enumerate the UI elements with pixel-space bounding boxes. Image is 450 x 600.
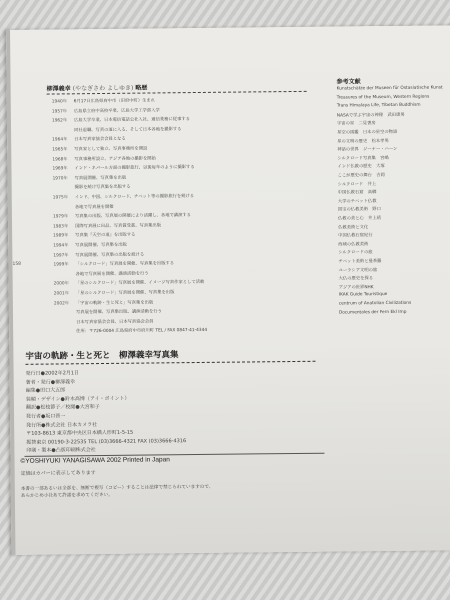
reference-item: 中国仏教石窟紀行: [338, 232, 372, 238]
biography-entry: 写真展を開催、写真集出版、講演活動を行う: [54, 310, 162, 316]
entry-text: 国際写真展に出品、写真賞受賞、写真集出版: [75, 223, 161, 229]
entry-text: 写真展開催、写真集を出版: [75, 243, 127, 249]
entry-text: 広島県立府中高校卒業、広島大学工学部入学: [74, 108, 160, 114]
reference-item: 仏教の美と心 井上靖: [338, 215, 381, 221]
reference-item: Kunstschätze der Museen für Ostasiatisch…: [337, 85, 443, 91]
biography-list: 1940年6月17日広島県府中市（旧府中町）生まれ1957年広島県立府中高校卒業…: [6, 25, 450, 30]
reference-item: 宇宙の星 二見書房: [337, 121, 376, 127]
entry-year: 1979年: [53, 214, 75, 219]
biography-entry: 2001年「星のシルクロード」写真展を開催、写真集を出版: [54, 290, 175, 296]
reference-item: 大仏の歴史を探る: [339, 275, 373, 281]
entry-year: 1957年: [52, 109, 74, 114]
author-reading: (やなぎさわ よしゆき): [73, 85, 134, 93]
entry-year: 1970年: [53, 176, 75, 181]
reference-item: 中国仏教石窟 高橋: [338, 189, 377, 195]
reference-item: 大学のチベット仏教: [338, 198, 377, 204]
biography-entry: 1970年写真展開催、写真集を出版: [53, 176, 127, 182]
biography-entry: 1969年インド・ネパール方面の撮影旅行、以後毎年のように撮影する: [52, 165, 194, 171]
credit-line: 編集●田口大五郎: [26, 387, 65, 394]
reference-item: インド仏教の歴史 大塚: [337, 163, 384, 169]
biography-entry: 日本写真家協会会員、日本写真協会会員: [54, 319, 153, 325]
entry-year: 1965年: [52, 147, 74, 152]
reference-item: 神話の世界 ジーナー・ハーン: [337, 146, 397, 153]
reference-item: シルクロード写真集 宮嶋: [337, 155, 388, 162]
page-number: 158: [12, 262, 21, 267]
entry-year: 1997年: [53, 253, 75, 258]
entry-text: インド、中国、シルクロード、チベット等の撮影旅行を続ける: [75, 194, 194, 200]
credit-line: 著者・発行●柳澤義幸: [26, 378, 75, 386]
entry-text: 写真家として独立、写真事務所を開設: [74, 147, 147, 153]
credit-line: 振替東京 00190-3-22535 TEL (03)3666-4321 FAX…: [26, 437, 186, 446]
entry-text: 写真集『天空の道』を出版する: [75, 233, 135, 239]
biography-entry: 1997年写真展開催、写真集の出版を続ける: [53, 252, 144, 258]
reference-item: シルクロード 井上: [338, 181, 377, 187]
entry-text: インド・ネパール方面の撮影旅行、以後毎年のように撮影する: [74, 165, 194, 171]
entry-year: 2001年: [54, 291, 76, 296]
reference-item: NASAで学ぶ宇宙の神秘 武田康男: [337, 112, 405, 119]
biography-entry: 2000年「星のシルクロード」写真展を開催、イメージ写真作家として活動: [54, 280, 205, 287]
entry-year: 1962年: [52, 118, 74, 123]
reference-item: 星空の図鑑 日本の星空の物語: [337, 129, 397, 136]
entry-year: 1999年: [53, 262, 75, 267]
entry-text: 写真集の出版、写真展の開催により活躍し、各地で講演する: [75, 213, 191, 219]
biography-entry: 1989年写真集『天空の道』を出版する: [53, 233, 135, 239]
credit-line: 装幀・デザイン●鈴木高博（アイ・ポイント）: [26, 395, 130, 403]
entry-text: 「星のシルクロード」写真展を開催、イメージ写真作家として活動: [76, 280, 205, 286]
entry-year: 1940年: [52, 99, 74, 104]
entry-text: 住所：〒726-0004 広島県府中市府川町 TEL / FAX 0847-41…: [76, 328, 207, 334]
entry-text: 「宇宙の軌跡・生と死と」写真集を出版: [76, 300, 153, 306]
reference-item: Trans Himalaya Life, Tibetan Buddhism: [337, 103, 421, 109]
entry-text: 各地で写真展を開催: [75, 204, 114, 209]
reference-item: ユーラシア文明の旅: [339, 267, 378, 273]
entry-text: 同社退職、写真の道に入る、そして日本各地を撮影する: [74, 127, 181, 133]
book-title: 宇宙の軌跡・生と死と 柳澤義幸写真集: [25, 348, 178, 362]
entry-text: 日本写真家協会会員、日本写真協会会員: [76, 319, 153, 325]
reference-item: IKAK Guide Touristique: [339, 292, 388, 298]
reference-item: シルクロードの旅: [338, 250, 372, 256]
biography-entry: 各地で写真展を開催、講演活動を行う: [54, 271, 149, 277]
entry-year: 1989年: [53, 234, 75, 239]
entry-text: 「シルクロード」写真展を開催、写真集を出版する: [75, 261, 174, 267]
legal-note-1: 本書の一部あるいは全部を、無断で複写（コピー）することは法律で禁じられていますの…: [21, 484, 214, 492]
entry-text: 写真事務所設立、アジア各地の撮影を開始: [74, 156, 156, 162]
entry-text: 広島大学卒業、日本電信電話公社入社、通信業務に従事する: [74, 117, 190, 123]
copyright-line: ©YOSHIYUKI YANAGISAWA 2002 Printed in Ja…: [20, 456, 169, 465]
reference-item: 仏教美術と文化: [338, 224, 368, 230]
credit-line: 発行日●2002年2月1日: [26, 369, 80, 377]
legal-note-2: あらかじめ小社あて許諾を求めてください。: [21, 492, 113, 499]
entry-text: 写真展を開催、写真集出版、講演活動を行う: [76, 310, 162, 316]
reference-item: 星の文明の歴史 松本孝男: [337, 138, 389, 145]
biography-entry: 1940年6月17日広島県府中市（旧府中町）生まれ: [52, 98, 155, 104]
colophon-credits: 発行日●2002年2月1日著者・発行●柳澤義幸編集●田口大五郎装幀・デザイン●鈴…: [6, 25, 450, 30]
entry-year: 1964年: [52, 138, 74, 143]
entry-text: 写真展開催、写真集の出版を続ける: [75, 252, 144, 258]
reference-item: 国宝の仏教美術 野口: [338, 206, 381, 212]
reference-item: centrum of Anatolian Civilizations: [339, 301, 411, 307]
page-edge: [6, 30, 15, 555]
reference-item: Treasures of the Museum, Western Regions: [337, 94, 430, 100]
biography-entry: 1975年インド、中国、シルクロード、チベット等の撮影旅行を続ける: [53, 194, 194, 200]
entry-text: 写真展開催、写真集を出版: [75, 176, 127, 182]
biography-heading: 柳澤義幸 (やなぎさわ よしゆき) 略歴: [47, 83, 148, 93]
credit-line: 発行所●株式会社 日本カメラ社: [26, 421, 97, 429]
biography-entry: 1983年国際写真展に出品、写真賞受賞、写真集出版: [53, 223, 161, 229]
biography-entry: 1957年広島県立府中高校卒業、広島大学工学部入学: [52, 108, 160, 114]
biography-entry: 1979年写真集の出版、写真展の開催により活躍し、各地で講演する: [53, 213, 191, 219]
biography-entry: 1999年「シルクロード」写真展を開催、写真集を出版する: [53, 261, 174, 267]
price-note: 定価はカバーに表示してあります: [21, 469, 96, 477]
biography-entry: 1994年写真展開催、写真集を出版: [53, 243, 127, 249]
credit-line: 印刷・製本●凸版印刷株式会社: [26, 446, 95, 454]
entry-text: 各地で写真展を開催、講演活動を行う: [76, 271, 149, 277]
author-name: 柳澤義幸: [47, 85, 71, 92]
credit-line: 翻訳●松枝節子／校閲●大宮和子: [26, 403, 100, 411]
reference-item: Documentales der Fern Ekl Imp: [339, 309, 407, 315]
credit-line: 〒103-8613 東京都中央区日本橋人形町1-5-15: [26, 429, 133, 437]
biography-label: 略歴: [135, 85, 147, 92]
book-page: 柳澤義幸 (やなぎさわ よしゆき) 略歴 1940年6月17日広島県府中市（旧府…: [6, 25, 450, 555]
entry-year: 1983年: [53, 224, 75, 229]
reference-item: チベット美術と曼荼羅: [338, 258, 381, 264]
entry-year: 1968年: [52, 157, 74, 162]
entry-year: 1994年: [53, 243, 75, 248]
entry-text: 「星のシルクロード」写真展を開催、写真集を出版: [76, 290, 175, 296]
reference-item: 西域の仏教美術: [338, 241, 368, 247]
biography-entry: 撮影を続け写真集を出版する: [53, 185, 131, 191]
biography-entry: 1968年写真事務所設立、アジア各地の撮影を開始: [52, 156, 156, 162]
biography-entry: 1962年広島大学卒業、日本電信電話公社入社、通信業務に従事する: [52, 117, 190, 123]
biography-entry: 1965年写真家として独立、写真事務所を開設: [52, 147, 147, 153]
biography-entry: 2002年「宇宙の軌跡・生と死と」写真集を出版: [54, 300, 153, 306]
entry-text: 日本写真家協会会員となる: [74, 137, 126, 143]
entry-text: 6月17日広島県府中市（旧府中町）生まれ: [74, 98, 155, 104]
reference-item: ここが歴史の舞台 吉岡: [338, 172, 385, 178]
entry-year: 2002年: [54, 301, 76, 306]
entry-year: 1975年: [53, 195, 75, 200]
biography-entry: 各地で写真展を開催: [53, 204, 114, 210]
entry-year: 2000年: [54, 282, 76, 287]
entry-text: 撮影を続け写真集を出版する: [75, 185, 131, 191]
biography-entry: 同社退職、写真の道に入る、そして日本各地を撮影する: [52, 127, 181, 133]
credit-line: 発行者●坂口晋一: [26, 412, 65, 419]
references-list: Kunstschätze der Museen für Ostasiatisch…: [6, 25, 450, 30]
biography-entry: 1964年日本写真家協会会員となる: [52, 137, 126, 143]
reference-item: アジアの世界NHK: [339, 284, 374, 290]
title-rule: [25, 361, 315, 365]
entry-year: 1969年: [52, 166, 74, 171]
references-heading: 参考文献: [337, 76, 361, 85]
biography-entry: 住所：〒726-0004 広島県府中市府川町 TEL / FAX 0847-41…: [54, 328, 207, 335]
